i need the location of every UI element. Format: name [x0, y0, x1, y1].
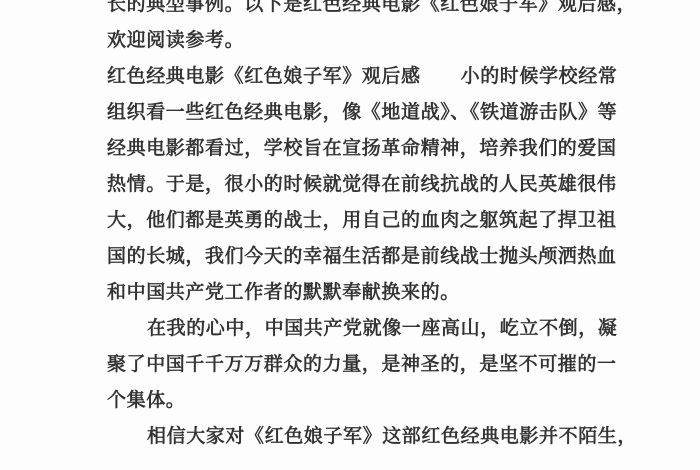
text-line: 长的典型事例。以下是红色经典电影《红色娘子军》观后感， [107, 0, 599, 22]
paragraph-start: 小的时候学校经常 [461, 65, 618, 87]
document-body: 长的典型事例。以下是红色经典电影《红色娘子军》观后感， 欢迎阅读参考。 红色经典… [107, 0, 599, 454]
text-line: 国的长城，我们今天的幸福生活都是前线战士抛头颅洒热血 [107, 238, 599, 274]
paragraph-first-line: 在我的心中，中国共产党就像一座高山，屹立不倒，凝 [107, 310, 599, 346]
text-line-with-title: 红色经典电影《红色娘子军》观后感小的时候学校经常 [107, 58, 599, 94]
text-line: 经典电影都看过，学校旨在宣扬革命精神，培养我们的爱国 [107, 130, 599, 166]
text-line: 热情。于是，很小的时候就觉得在前线抗战的人民英雄很伟 [107, 166, 599, 202]
text-line: 和中国共产党工作者的默默奉献换来的。 [107, 274, 599, 310]
text-line: 大，他们都是英勇的战士，用自己的血肉之躯筑起了捍卫祖 [107, 202, 599, 238]
text-line: 聚了中国千千万万群众的力量，是神圣的，是坚不可摧的一 [107, 346, 599, 382]
document-page: 长的典型事例。以下是红色经典电影《红色娘子军》观后感， 欢迎阅读参考。 红色经典… [0, 0, 700, 470]
text-line: 欢迎阅读参考。 [107, 22, 599, 58]
paragraph-first-line: 相信大家对《红色娘子军》这部红色经典电影并不陌生， [107, 418, 599, 454]
article-title: 红色经典电影《红色娘子军》观后感 [107, 65, 421, 87]
text-line: 组织看一些红色经典电影，像《地道战》、《铁道游击队》等 [107, 94, 599, 130]
text-line: 个集体。 [107, 382, 599, 418]
